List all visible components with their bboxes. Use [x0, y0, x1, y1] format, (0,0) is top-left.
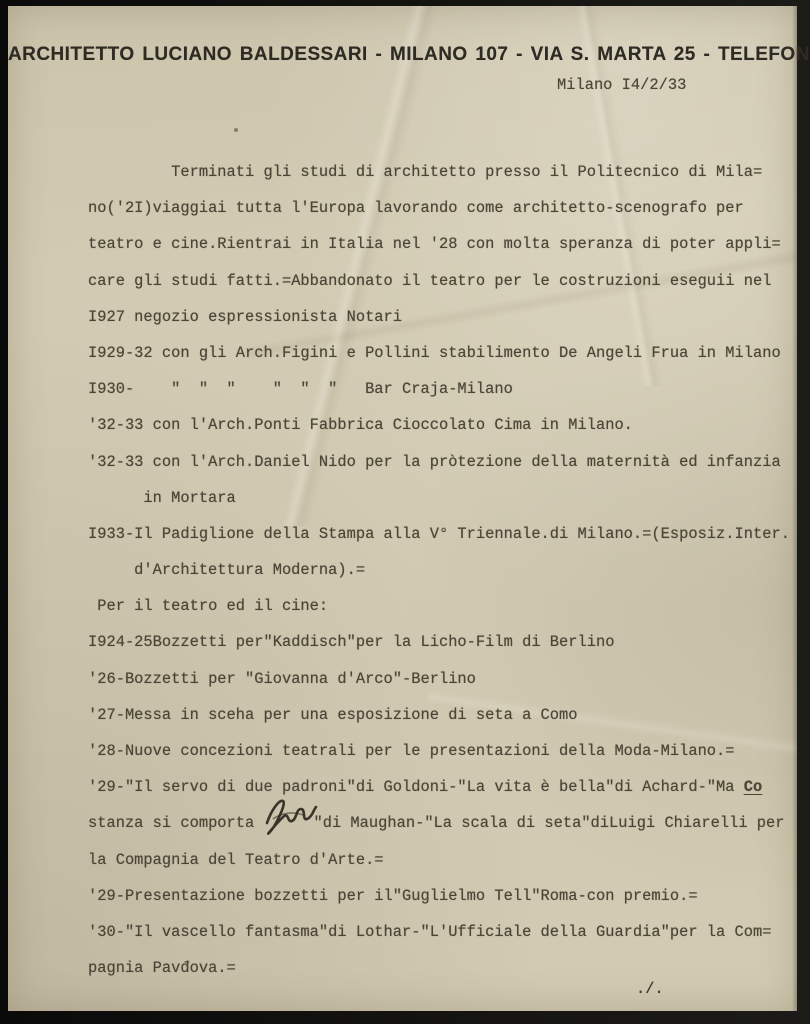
typed-line: '29-Presentazione bozzetti per il"Guglie…	[88, 878, 791, 914]
typed-line: '28-Nuove concezioni teatrali per le pre…	[88, 733, 791, 769]
typed-text: I924-25Bozzetti per"Kaddisch"per la Lich…	[88, 633, 614, 651]
typed-text: '32-33 con l'Arch.Ponti Fabbrica Cioccol…	[88, 416, 633, 434]
typed-text: I927 negozio espressionista Notari	[88, 308, 402, 326]
typed-text: teatro e cine.Rientrai in Italia nel '28…	[88, 235, 781, 253]
typed-text: '32-33 con l'Arch.Daniel Nido per la prò…	[88, 453, 781, 471]
typed-line: I927 negozio espressionista Notari	[88, 299, 791, 335]
typed-line: in Mortara	[88, 480, 791, 516]
typed-text: '29-Presentazione bozzetti per il"Guglie…	[88, 887, 698, 905]
typed-text: '30-"Il vascello fantasma"di Lothar-"L'U…	[88, 923, 771, 941]
typed-text: Co	[744, 778, 762, 796]
typed-line: Terminati gli studi di architetto presso…	[88, 154, 791, 190]
typed-line: Per il teatro ed il cine:	[88, 588, 791, 624]
dateline: Milano I4/2/33	[557, 76, 686, 94]
typed-line: '27-Messa in sceha per una esposizione d…	[88, 697, 791, 733]
continuation-mark: ./.	[636, 980, 664, 998]
typed-line: '32-33 con l'Arch.Ponti Fabbrica Cioccol…	[88, 407, 791, 443]
typed-line: care gli studi fatti.=Abbandonato il tea…	[88, 263, 791, 299]
typed-text: '27-Messa in sceha per una esposizione d…	[88, 706, 578, 724]
typed-text: no('2I)viaggiai tutta l'Europa lavorando…	[88, 199, 744, 217]
typed-text: '26-Bozzetti per "Giovanna d'Arco"-Berli…	[88, 670, 476, 688]
typed-line: '29-"Il servo di due padroni"di Goldoni-…	[88, 769, 791, 805]
typed-line: I924-25Bozzetti per"Kaddisch"per la Lich…	[88, 624, 791, 660]
handwritten-scribble	[263, 807, 315, 837]
typed-line: I930- " " " " " " Bar Craja-Milano	[88, 371, 791, 407]
typed-text: Per il teatro ed il cine:	[97, 597, 328, 615]
typed-text: care gli studi fatti.=Abbandonato il tea…	[88, 272, 771, 290]
typed-text: I930- " " " " " " Bar Craja-Milano	[88, 380, 513, 398]
typed-text: pagnia Pavđova.=	[88, 959, 236, 977]
letterhead: ARCHITETTO LUCIANO BALDESSARI - MILANO 1…	[8, 44, 797, 66]
typed-line: la Compagnia del Teatro d'Arte.=	[88, 842, 791, 878]
typed-line: teatro e cine.Rientrai in Italia nel '28…	[88, 226, 791, 262]
stray-ink-dot	[234, 128, 238, 132]
typed-text: I929-32 con gli Arch.Figini e Pollini st…	[88, 344, 781, 362]
typed-line: '26-Bozzetti per "Giovanna d'Arco"-Berli…	[88, 661, 791, 697]
typed-line: I929-32 con gli Arch.Figini e Pollini st…	[88, 335, 791, 371]
typed-line: '32-33 con l'Arch.Daniel Nido per la prò…	[88, 444, 791, 480]
typed-line: d'Architettura Moderna).=	[88, 552, 791, 588]
typed-line: pagnia Pavđova.=	[88, 950, 791, 986]
scan-background: ARCHITETTO LUCIANO BALDESSARI - MILANO 1…	[0, 0, 810, 1024]
typed-text: la Compagnia del Teatro d'Arte.=	[88, 851, 384, 869]
typed-line: stanza si comporta "di Maughan-"La scala…	[88, 805, 791, 841]
typed-text: in Mortara	[143, 489, 235, 507]
typed-text: d'Architettura Moderna).=	[134, 561, 365, 579]
typed-text: "di Maughan-"La scala di seta"diLuigi Ch…	[313, 814, 784, 832]
typed-line: no('2I)viaggiai tutta l'Europa lavorando…	[88, 190, 791, 226]
letter-page: ARCHITETTO LUCIANO BALDESSARI - MILANO 1…	[8, 6, 797, 1011]
typed-line: I933-Il Padiglione della Stampa alla V° …	[88, 516, 791, 552]
typed-line: '30-"Il vascello fantasma"di Lothar-"L'U…	[88, 914, 791, 950]
typed-text: stanza si comporta	[88, 814, 263, 832]
typed-text: '29-"Il servo di due padroni"di Goldoni-…	[88, 778, 744, 796]
typed-text: I933-Il Padiglione della Stampa alla V° …	[88, 525, 790, 543]
typed-lines: Terminati gli studi di architetto presso…	[88, 154, 791, 986]
typed-text: Terminati gli studi di architetto presso…	[171, 163, 762, 181]
typed-text: '28-Nuove concezioni teatrali per le pre…	[88, 742, 735, 760]
